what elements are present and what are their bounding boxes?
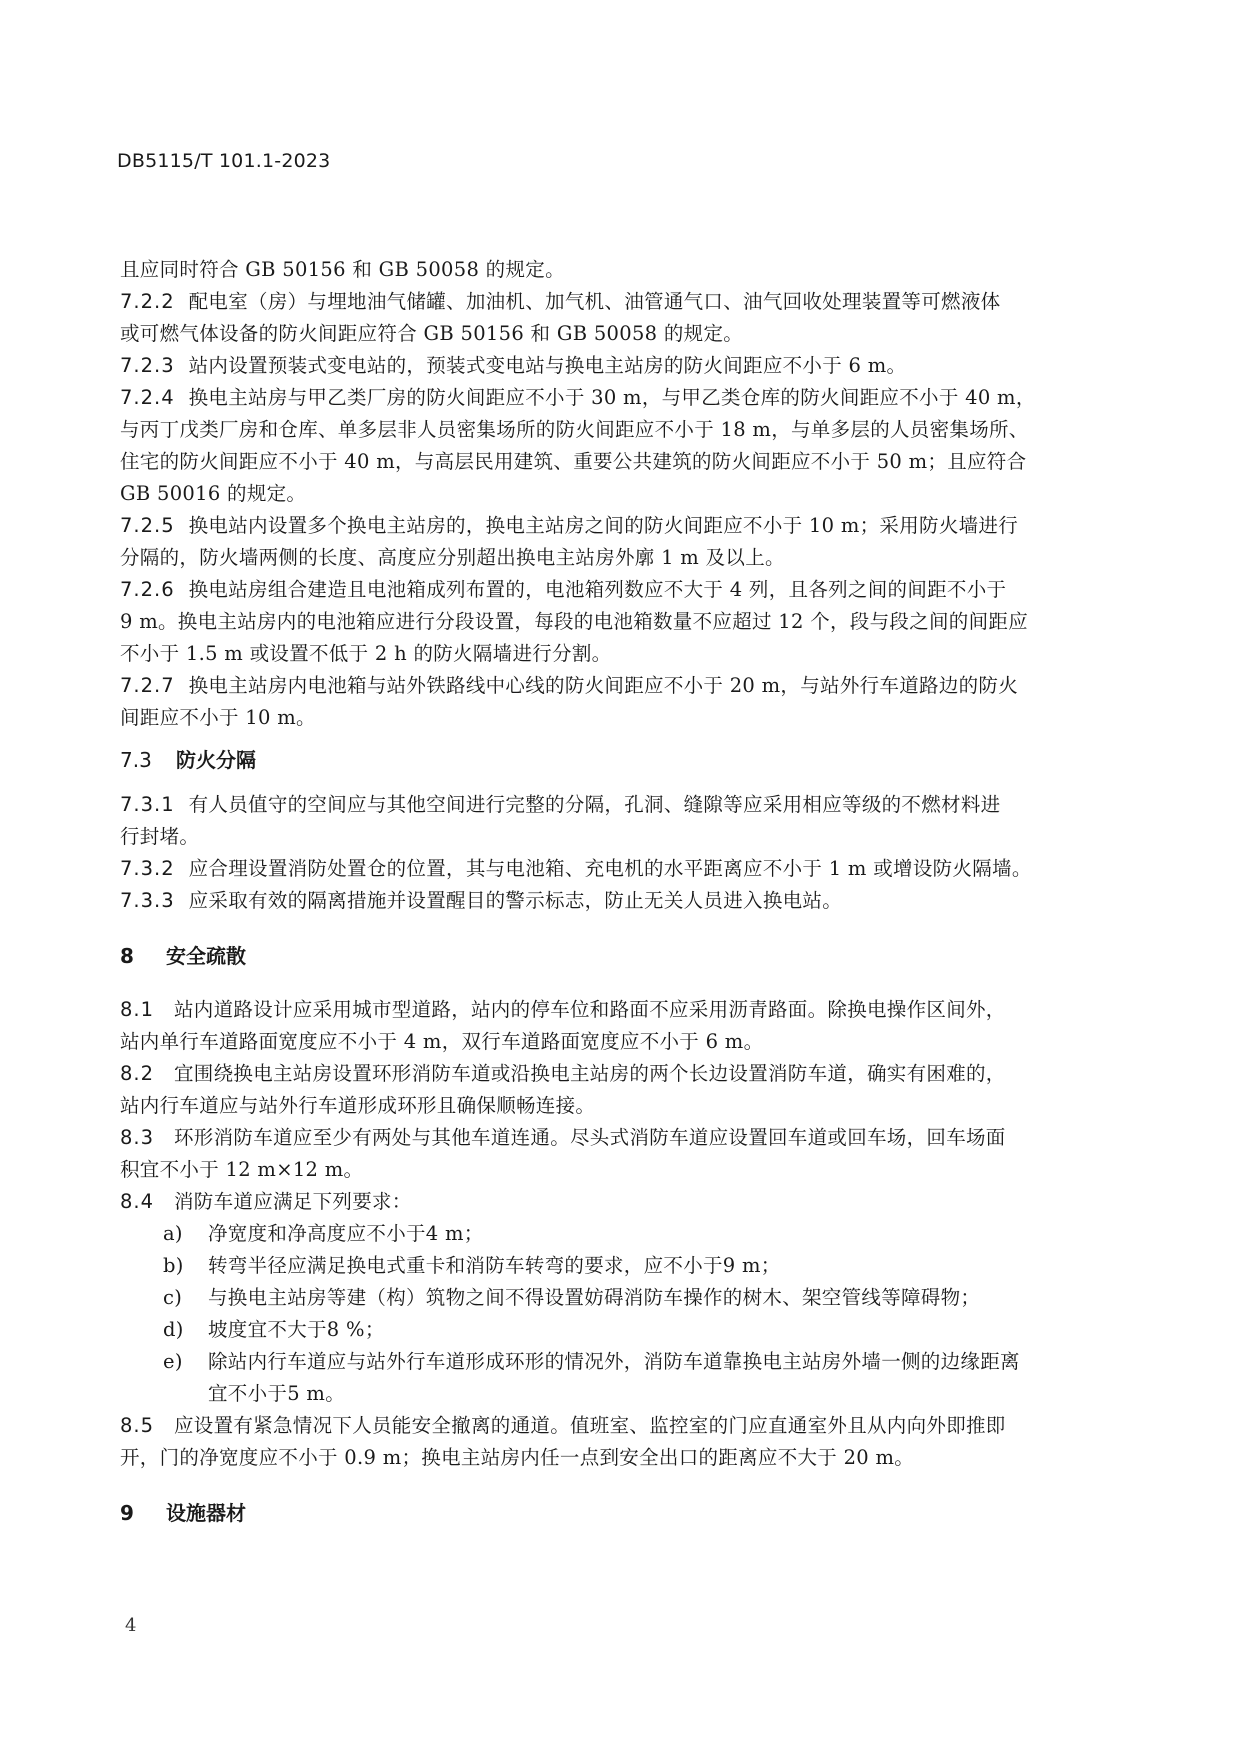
clause-text: 应设置有紧急情况下人员能安全撤离的通道。值班室、监控室的门应直通室外且从内向外即… — [174, 1414, 1006, 1437]
clause-text: 9 m。换电主站房内的电池箱应进行分段设置，每段的电池箱数量不应超过 12 个，… — [120, 606, 1098, 638]
clause-text: 开，门的净宽度应不小于 0.9 m；换电主站房内任一点到安全出口的距离应不大于 … — [120, 1442, 1098, 1474]
heading-title: 安全疏散 — [166, 944, 246, 968]
document-body: 且应同时符合 GB 50156 和 GB 50058 的规定。 7.2.2配电室… — [120, 254, 1098, 1529]
list-text: 净宽度和净高度应不小于4 m； — [208, 1222, 484, 1245]
clause-text: 有人员值守的空间应与其他空间进行完整的分隔，孔洞、缝隙等应采用相应等级的不燃材料… — [189, 793, 1001, 816]
clause-8-1: 8.1站内道路设计应采用城市型道路，站内的停车位和路面不应采用沥青路面。除换电操… — [120, 994, 1098, 1058]
clause-8-2: 8.2宜围绕换电主站房设置环形消防车道或沿换电主站房的两个长边设置消防车道，确实… — [120, 1058, 1098, 1122]
clause-number: 8.2 — [120, 1058, 160, 1090]
list-label: b) — [163, 1250, 208, 1282]
clause-7-2-2: 7.2.2配电室（房）与埋地油气储罐、加油机、加气机、油管通气口、油气回收处理装… — [120, 286, 1098, 350]
clause-text: 站内行车道应与站外行车道形成环形且确保顺畅连接。 — [120, 1090, 1098, 1122]
clause-text: 换电主站房与甲乙类厂房的防火间距应不小于 30 m，与甲乙类仓库的防火间距应不小… — [189, 386, 1036, 409]
list-item-e: e)除站内行车道应与站外行车道形成环形的情况外，消防车道靠换电主站房外墙一侧的边… — [120, 1346, 1098, 1378]
clause-text: 配电室（房）与埋地油气储罐、加油机、加气机、油管通气口、油气回收处理装置等可燃液… — [189, 290, 1001, 313]
clause-text: 行封堵。 — [120, 821, 1098, 853]
clause-8-5: 8.5应设置有紧急情况下人员能安全撤离的通道。值班室、监控室的门应直通室外且从内… — [120, 1410, 1098, 1474]
clause-text: 与丙丁戊类厂房和仓库、单多层非人员密集场所的防火间距应不小于 18 m，与单多层… — [120, 414, 1098, 446]
document-code: DB5115/T 101.1-2023 — [117, 150, 330, 172]
clause-text: 换电站房组合建造且电池箱成列布置的，电池箱列数应不大于 4 列，且各列之间的间距… — [189, 578, 1007, 601]
list-text: 与换电主站房等建（构）筑物之间不得设置妨碍消防车操作的树木、架空管线等障碍物； — [208, 1286, 980, 1309]
clause-number: 7.2.6 — [120, 574, 175, 606]
clause-text: 消防车道应满足下列要求： — [174, 1190, 412, 1213]
clause-text: 换电主站房内电池箱与站外铁路线中心线的防火间距应不小于 20 m，与站外行车道路… — [189, 674, 1018, 697]
clause-text: 分隔的，防火墙两侧的长度、高度应分别超出换电主站房外廓 1 m 及以上。 — [120, 542, 1098, 574]
clause-text: 不小于 1.5 m 或设置不低于 2 h 的防火隔墙进行分割。 — [120, 638, 1098, 670]
clause-text: 或可燃气体设备的防火间距应符合 GB 50156 和 GB 50058 的规定。 — [120, 318, 1098, 350]
list-item-a: a)净宽度和净高度应不小于4 m； — [120, 1218, 1098, 1250]
clause-number: 8.5 — [120, 1410, 160, 1442]
list-text: 宜不小于5 m。 — [120, 1378, 1098, 1410]
clause-text: 应合理设置消防处置仓的位置，其与电池箱、充电机的水平距离应不小于 1 m 或增设… — [189, 857, 1032, 880]
clause-7-2-4: 7.2.4换电主站房与甲乙类厂房的防火间距应不小于 30 m，与甲乙类仓库的防火… — [120, 382, 1098, 510]
list-label: d) — [163, 1314, 208, 1346]
list-label: e) — [163, 1346, 208, 1378]
list-item-d: d)坡度宜不大于8 %； — [120, 1314, 1098, 1346]
clause-text: 住宅的防火间距应不小于 40 m，与高层民用建筑、重要公共建筑的防火间距应不小于… — [120, 446, 1098, 478]
clause-text: 环形消防车道应至少有两处与其他车道连通。尽头式消防车道应设置回车道或回车场，回车… — [174, 1126, 1006, 1149]
clause-text: 宜围绕换电主站房设置环形消防车道或沿换电主站房的两个长边设置消防车道，确实有困难… — [174, 1062, 1006, 1085]
clause-7-2-3: 7.2.3站内设置预装式变电站的，预装式变电站与换电主站房的防火间距应不小于 6… — [120, 350, 1098, 382]
clause-7-3-3: 7.3.3应采取有效的隔离措施并设置醒目的警示标志，防止无关人员进入换电站。 — [120, 885, 1098, 917]
clause-number: 8.4 — [120, 1186, 160, 1218]
clause-number: 7.3.2 — [120, 853, 175, 885]
clause-number: 7.3.1 — [120, 789, 175, 821]
clause-8-3: 8.3环形消防车道应至少有两处与其他车道连通。尽头式消防车道应设置回车道或回车场… — [120, 1122, 1098, 1186]
list-label: a) — [163, 1218, 208, 1250]
heading-title: 设施器材 — [166, 1501, 246, 1525]
clause-7-2-6: 7.2.6换电站房组合建造且电池箱成列布置的，电池箱列数应不大于 4 列，且各列… — [120, 574, 1098, 670]
clause-number: 7.2.5 — [120, 510, 175, 542]
list-item-c: c)与换电主站房等建（构）筑物之间不得设置妨碍消防车操作的树木、架空管线等障碍物… — [120, 1282, 1098, 1314]
list-text: 坡度宜不大于8 %； — [208, 1318, 385, 1341]
heading-number: 7.3 — [120, 744, 160, 776]
heading-number: 9 — [120, 1497, 150, 1529]
clause-text: GB 50016 的规定。 — [120, 478, 1098, 510]
clause-text: 间距应不小于 10 m。 — [120, 702, 1098, 734]
heading-title: 防火分隔 — [176, 748, 256, 772]
clause-8-4: 8.4消防车道应满足下列要求： a)净宽度和净高度应不小于4 m； b)转弯半径… — [120, 1186, 1098, 1410]
list-text: 转弯半径应满足换电式重卡和消防车转弯的要求，应不小于9 m； — [208, 1254, 781, 1277]
clause-text: 积宜不小于 12 m×12 m。 — [120, 1154, 1098, 1186]
clause-text: 换电站内设置多个换电主站房的，换电主站房之间的防火间距应不小于 10 m；采用防… — [189, 514, 1018, 537]
clause-text: 站内设置预装式变电站的，预装式变电站与换电主站房的防火间距应不小于 6 m。 — [189, 354, 907, 377]
clause-number: 7.3.3 — [120, 885, 175, 917]
clause-text: 站内道路设计应采用城市型道路，站内的停车位和路面不应采用沥青路面。除换电操作区间… — [174, 998, 1006, 1021]
clause-7-3-1: 7.3.1有人员值守的空间应与其他空间进行完整的分隔，孔洞、缝隙等应采用相应等级… — [120, 789, 1098, 853]
clause-number: 8.3 — [120, 1122, 160, 1154]
list-label: c) — [163, 1282, 208, 1314]
heading-number: 8 — [120, 940, 150, 972]
clause-number: 7.2.2 — [120, 286, 175, 318]
clause-number: 8.1 — [120, 994, 160, 1026]
clause-text: 应采取有效的隔离措施并设置醒目的警示标志，防止无关人员进入换电站。 — [189, 889, 842, 912]
section-heading-7-3: 7.3防火分隔 — [120, 744, 1098, 776]
clause-text: 站内单行车道路面宽度应不小于 4 m，双行车道路面宽度应不小于 6 m。 — [120, 1026, 1098, 1058]
clause-number: 7.2.4 — [120, 382, 175, 414]
page-number: 4 — [125, 1615, 136, 1636]
section-heading-9: 9设施器材 — [120, 1497, 1098, 1529]
list-text: 除站内行车道应与站外行车道形成环形的情况外，消防车道靠换电主站房外墙一侧的边缘距… — [208, 1350, 1020, 1373]
clause-number: 7.2.3 — [120, 350, 175, 382]
paragraph-continuation: 且应同时符合 GB 50156 和 GB 50058 的规定。 — [120, 254, 1098, 286]
clause-7-2-5: 7.2.5换电站内设置多个换电主站房的，换电主站房之间的防火间距应不小于 10 … — [120, 510, 1098, 574]
list-item-b: b)转弯半径应满足换电式重卡和消防车转弯的要求，应不小于9 m； — [120, 1250, 1098, 1282]
clause-7-2-7: 7.2.7换电主站房内电池箱与站外铁路线中心线的防火间距应不小于 20 m，与站… — [120, 670, 1098, 734]
clause-7-3-2: 7.3.2应合理设置消防处置仓的位置，其与电池箱、充电机的水平距离应不小于 1 … — [120, 853, 1098, 885]
section-heading-8: 8安全疏散 — [120, 940, 1098, 972]
clause-number: 7.2.7 — [120, 670, 175, 702]
